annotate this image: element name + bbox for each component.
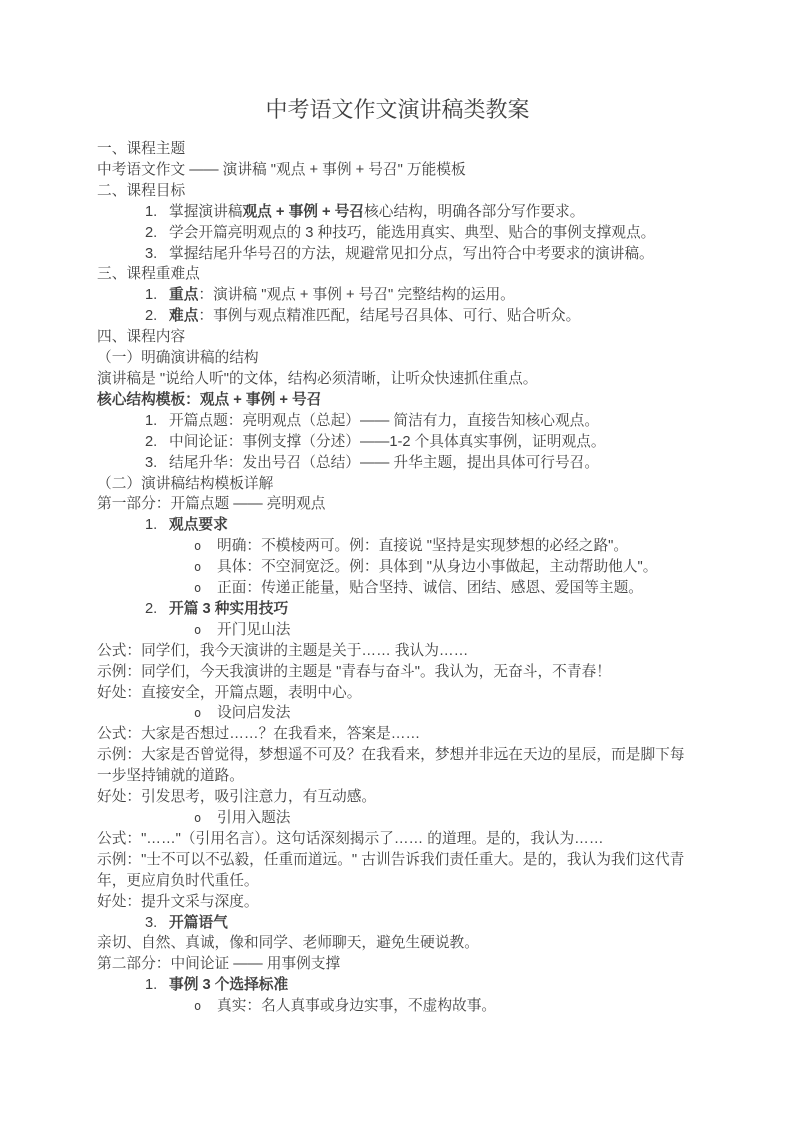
numbered-item: 1.重点：演讲稿 "观点 + 事例 + 号召" 完整结构的运用。 <box>97 285 698 306</box>
line-text: 观点要求 <box>169 517 228 533</box>
line-text: （二）演讲稿结构模板详解 <box>97 476 273 492</box>
list-number: 1. <box>145 202 157 223</box>
paragraph-line: 公式："……"（引用名言）。这句话深刻揭示了…… 的道理。是的，我认为…… <box>97 829 698 850</box>
document-body: 一、课程主题中考语文作文 —— 演讲稿 "观点 + 事例 + 号召" 万能模板二… <box>97 139 698 1017</box>
list-number: 3. <box>145 913 157 934</box>
list-number: 1. <box>145 975 157 996</box>
line-text: 示例："士不可以不弘毅，任重而道远。" 古训告诉我们责任重大。是的，我认为我们这… <box>97 852 684 889</box>
line-text: 好处：直接安全，开篇点题，表明中心。 <box>97 685 361 701</box>
line-text: 四、课程内容 <box>97 329 185 345</box>
line-text: （一）明确演讲稿的结构 <box>97 350 259 366</box>
paragraph-line: 二、课程目标 <box>97 181 698 202</box>
line-text: 公式：大家是否想过……？在我看来，答案是…… <box>97 726 420 742</box>
line-text: 三、课程重难点 <box>97 266 200 282</box>
list-number: 3. <box>145 453 157 474</box>
list-number: 2. <box>145 306 157 327</box>
paragraph-line: 好处：直接安全，开篇点题，表明中心。 <box>97 683 698 704</box>
line-text: 事例 3 个选择标准 <box>169 977 288 993</box>
bullet-item: o具体：不空洞宽泛。例：具体到 "从身边小事做起，主动帮助他人"。 <box>97 557 698 578</box>
line-text: 公式：同学们，我今天演讲的主题是关于…… 我认为…… <box>97 643 468 659</box>
line-text: 核心结构模板：观点 + 事例 + 号召 <box>97 392 321 408</box>
line-text: 开篇点题：亮明观点（总起）—— 简洁有力，直接告知核心观点。 <box>169 413 599 429</box>
line-text: 明确：不模棱两可。例：直接说 "坚持是实现梦想的必经之路"。 <box>217 538 628 554</box>
numbered-item: 3.开篇语气 <box>97 913 698 934</box>
list-number: 2. <box>145 599 157 620</box>
numbered-item: 2.中间论证：事例支撑（分述）——1-2 个具体真实事例，证明观点。 <box>97 432 698 453</box>
paragraph-line: 第二部分：中间论证 —— 用事例支撑 <box>97 954 698 975</box>
line-text: 第一部分：开篇点题 —— 亮明观点 <box>97 496 325 512</box>
numbered-item: 1.开篇点题：亮明观点（总起）—— 简洁有力，直接告知核心观点。 <box>97 411 698 432</box>
paragraph-line: 演讲稿是 "说给人听"的文体，结构必须清晰，让听众快速抓住重点。 <box>97 369 698 390</box>
line-text: 中间论证：事例支撑（分述）——1-2 个具体真实事例，证明观点。 <box>169 434 606 450</box>
line-text: 重点：演讲稿 "观点 + 事例 + 号召" 完整结构的运用。 <box>169 287 515 303</box>
paragraph-line: 中考语文作文 —— 演讲稿 "观点 + 事例 + 号召" 万能模板 <box>97 160 698 181</box>
line-text: 亲切、自然、真诚，像和同学、老师聊天，避免生硬说教。 <box>97 935 479 951</box>
line-text: 示例：同学们，今天我演讲的主题是 "青春与奋斗"。我认为，无奋斗，不青春！ <box>97 664 611 680</box>
bullet-item: o设问启发法 <box>97 703 698 724</box>
line-text: 掌握演讲稿观点 + 事例 + 号召核心结构，明确各部分写作要求。 <box>169 204 584 220</box>
paragraph-line: 四、课程内容 <box>97 327 698 348</box>
numbered-item: 2.学会开篇亮明观点的 3 种技巧，能选用真实、典型、贴合的事例支撑观点。 <box>97 223 698 244</box>
line-text: 开篇 3 种实用技巧 <box>169 601 288 617</box>
numbered-item: 1.事例 3 个选择标准 <box>97 975 698 996</box>
numbered-item: 3.掌握结尾升华号召的方法，规避常见扣分点，写出符合中考要求的演讲稿。 <box>97 244 698 265</box>
line-text: 开门见山法 <box>217 622 290 638</box>
numbered-item: 1.观点要求 <box>97 515 698 536</box>
line-text: 真实：名人真事或身边实事，不虚构故事。 <box>217 998 496 1014</box>
paragraph-line: 好处：提升文采与深度。 <box>97 892 698 913</box>
line-text: 中考语文作文 —— 演讲稿 "观点 + 事例 + 号召" 万能模板 <box>97 162 466 178</box>
line-text: 学会开篇亮明观点的 3 种技巧，能选用真实、典型、贴合的事例支撑观点。 <box>169 225 655 241</box>
bullet-item: o真实：名人真事或身边实事，不虚构故事。 <box>97 996 698 1017</box>
bullet-marker: o <box>194 703 201 724</box>
line-text: 演讲稿是 "说给人听"的文体，结构必须清晰，让听众快速抓住重点。 <box>97 371 537 387</box>
line-text: 正面：传递正能量，贴合坚持、诚信、团结、感恩、爱国等主题。 <box>217 580 643 596</box>
bullet-marker: o <box>194 578 201 599</box>
line-text: 好处：提升文采与深度。 <box>97 894 259 910</box>
paragraph-line: （一）明确演讲稿的结构 <box>97 348 698 369</box>
list-number: 2. <box>145 432 157 453</box>
paragraph-line: （二）演讲稿结构模板详解 <box>97 474 698 495</box>
bullet-item: o引用入题法 <box>97 808 698 829</box>
bullet-marker: o <box>194 536 201 557</box>
paragraph-line: 亲切、自然、真诚，像和同学、老师聊天，避免生硬说教。 <box>97 933 698 954</box>
line-text: 公式："……"（引用名言）。这句话深刻揭示了…… 的道理。是的，我认为…… <box>97 831 604 847</box>
numbered-item: 2.开篇 3 种实用技巧 <box>97 599 698 620</box>
bullet-marker: o <box>194 557 201 578</box>
list-number: 1. <box>145 411 157 432</box>
paragraph-line: 一、课程主题 <box>97 139 698 160</box>
line-text: 二、课程目标 <box>97 183 185 199</box>
paragraph-line: 公式：大家是否想过……？在我看来，答案是…… <box>97 724 698 745</box>
paragraph-line: 核心结构模板：观点 + 事例 + 号召 <box>97 390 698 411</box>
list-number: 1. <box>145 285 157 306</box>
bullet-item: o明确：不模棱两可。例：直接说 "坚持是实现梦想的必经之路"。 <box>97 536 698 557</box>
line-text: 一、课程主题 <box>97 141 185 157</box>
line-text: 难点：事例与观点精准匹配，结尾号召具体、可行、贴合听众。 <box>169 308 580 324</box>
line-text: 结尾升华：发出号召（总结）—— 升华主题，提出具体可行号召。 <box>169 455 599 471</box>
bullet-marker: o <box>194 996 201 1017</box>
line-text: 第二部分：中间论证 —— 用事例支撑 <box>97 956 340 972</box>
line-text: 好处：引发思考，吸引注意力，有互动感。 <box>97 789 376 805</box>
line-text: 掌握结尾升华号召的方法，规避常见扣分点，写出符合中考要求的演讲稿。 <box>169 246 654 262</box>
paragraph-line: 好处：引发思考，吸引注意力，有互动感。 <box>97 787 698 808</box>
line-text: 引用入题法 <box>217 810 290 826</box>
line-text: 具体：不空洞宽泛。例：具体到 "从身边小事做起，主动帮助他人"。 <box>217 559 657 575</box>
bullet-marker: o <box>194 620 201 641</box>
line-text: 示例：大家是否曾觉得，梦想遥不可及？在我看来，梦想并非远在天边的星辰，而是脚下每… <box>97 747 685 784</box>
list-number: 1. <box>145 515 157 536</box>
numbered-item: 3.结尾升华：发出号召（总结）—— 升华主题，提出具体可行号召。 <box>97 453 698 474</box>
paragraph-line: 三、课程重难点 <box>97 264 698 285</box>
list-number: 2. <box>145 223 157 244</box>
bullet-item: o正面：传递正能量，贴合坚持、诚信、团结、感恩、爱国等主题。 <box>97 578 698 599</box>
bullet-marker: o <box>194 808 201 829</box>
paragraph-line: 公式：同学们，我今天演讲的主题是关于…… 我认为…… <box>97 641 698 662</box>
document-title: 中考语文作文演讲稿类教案 <box>97 96 698 124</box>
document-page: 中考语文作文演讲稿类教案 一、课程主题中考语文作文 —— 演讲稿 "观点 + 事… <box>0 0 794 1123</box>
numbered-item: 2.难点：事例与观点精准匹配，结尾号召具体、可行、贴合听众。 <box>97 306 698 327</box>
numbered-item: 1.掌握演讲稿观点 + 事例 + 号召核心结构，明确各部分写作要求。 <box>97 202 698 223</box>
paragraph-line: 第一部分：开篇点题 —— 亮明观点 <box>97 494 698 515</box>
list-number: 3. <box>145 244 157 265</box>
paragraph-line: 示例：大家是否曾觉得，梦想遥不可及？在我看来，梦想并非远在天边的星辰，而是脚下每… <box>97 745 698 787</box>
line-text: 开篇语气 <box>169 915 228 931</box>
line-text: 设问启发法 <box>217 705 290 721</box>
bullet-item: o开门见山法 <box>97 620 698 641</box>
paragraph-line: 示例："士不可以不弘毅，任重而道远。" 古训告诉我们责任重大。是的，我认为我们这… <box>97 850 698 892</box>
paragraph-line: 示例：同学们，今天我演讲的主题是 "青春与奋斗"。我认为，无奋斗，不青春！ <box>97 662 698 683</box>
